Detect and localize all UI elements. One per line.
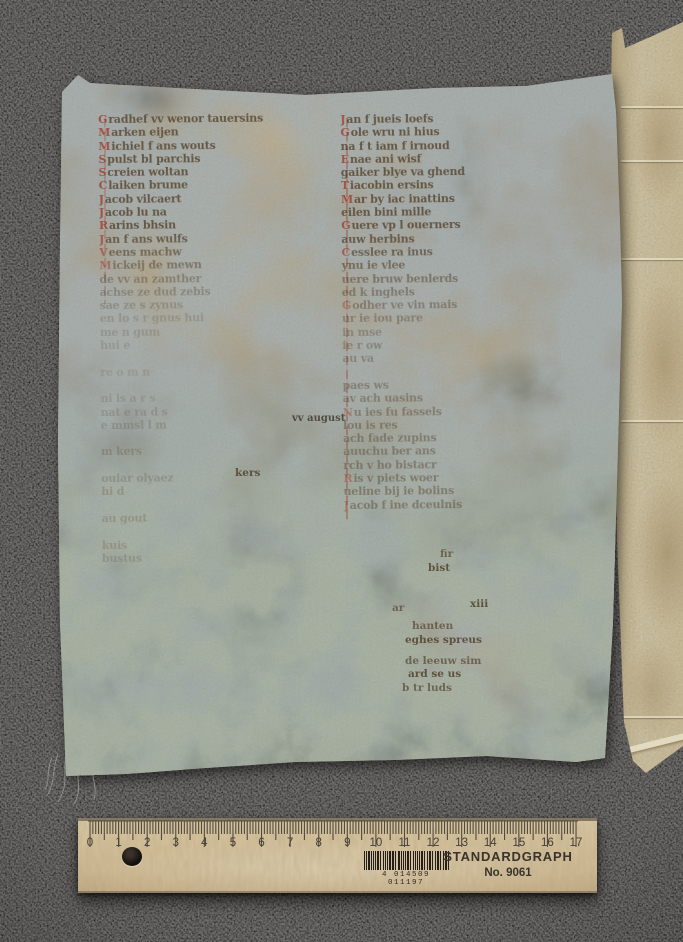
manuscript-line-text: au gout: [102, 512, 148, 525]
manuscript-line-text: acob vilcaert: [105, 192, 182, 206]
page-edge-line: [621, 258, 683, 260]
ruler-number: 4: [194, 837, 214, 849]
manuscript-line-text: ni is a r s: [100, 392, 155, 405]
manuscript-leaf-surface: Gradhef vv wenor tauersinsMarken eijenMi…: [56, 62, 624, 778]
manuscript-line-text: bustus: [102, 551, 142, 564]
ruler-number: 14: [480, 837, 500, 849]
photo-container: Gradhef vv wenor tauersinsMarken eijenMi…: [0, 0, 683, 942]
frayed-threads: [44, 752, 164, 808]
manuscript-line-text: ur ie iou pare: [342, 312, 423, 326]
manuscript-column-left: Gradhef vv wenor tauersinsMarken eijenMi…: [98, 111, 342, 565]
ruler-number: 1: [109, 837, 129, 849]
manuscript-line-text: en lo s r gnus hui: [100, 312, 204, 326]
manuscript-line-text: kuis: [102, 538, 127, 551]
manuscript-line-text: gaiker blye va ghend: [341, 165, 465, 179]
ruler-number: 3: [166, 837, 186, 849]
manuscript-line-text: is v piets woer: [353, 471, 438, 485]
ruler-model-label: No. 9061: [418, 867, 598, 879]
manuscript-leaf: Gradhef vv wenor tauersinsMarken eijenMi…: [56, 62, 624, 778]
manuscript-fragment: hanten: [412, 620, 453, 632]
manuscript-line-text: an f ans wulfs: [105, 232, 188, 246]
manuscript-fragment: vv august: [292, 413, 345, 424]
ruler-number: 15: [509, 837, 529, 849]
ruler-number: 5: [223, 837, 243, 849]
manuscript-line-text: creien woltan: [107, 165, 188, 179]
ruler-brand-label: STANDARDGRAPH: [418, 849, 598, 864]
manuscript-line-text: ed k inghels: [342, 285, 415, 299]
manuscript-line-text: achse ze dud zebis: [100, 285, 211, 299]
manuscript-line-text: eens machw: [109, 245, 182, 259]
manuscript-fragment: xiii: [470, 598, 488, 610]
manuscript-line-text: acob lu na: [105, 206, 167, 220]
manuscript-line-text: ole wru ni hius: [351, 125, 440, 139]
manuscript-red-initial: C: [99, 179, 109, 192]
manuscript-line-text: uere bruw benlerds: [342, 272, 458, 286]
manuscript-red-initial: G: [340, 126, 350, 139]
manuscript-line-text: m kers: [101, 445, 142, 458]
manuscript-red-initial: C: [341, 246, 351, 259]
ruler-number: 10: [366, 837, 386, 849]
manuscript-line-text: au va: [342, 352, 374, 365]
manuscript-fragment: b tr luds: [402, 682, 452, 694]
manuscript-red-initial: T: [341, 179, 350, 192]
manuscript-red-initial: G: [98, 113, 108, 126]
ruler-number: 6: [252, 837, 272, 849]
manuscript-line-text: sae ze s zynus: [100, 298, 183, 312]
manuscript-red-initial: S: [98, 153, 107, 166]
manuscript-line-text: odher ve vin mais: [352, 298, 457, 312]
manuscript-line-text: ueline bij ie bolins: [344, 484, 455, 498]
manuscript-line-text: laiken brume: [108, 179, 188, 193]
manuscript-line: bustus: [102, 550, 342, 565]
ruler-number: 2: [137, 837, 157, 849]
manuscript-line-text: auw herbins: [341, 232, 414, 246]
manuscript-fragment: fir: [440, 548, 453, 560]
manuscript-red-initial: R: [99, 219, 109, 232]
ruler-number: 12: [423, 837, 443, 849]
manuscript-line-text: esslee ra inus: [351, 245, 433, 259]
manuscript-line-text: ickeij de mewn: [112, 258, 201, 272]
ruler-number: 13: [452, 837, 472, 849]
ruler-hanging-hole: [122, 847, 142, 866]
manuscript-line-text: ynu ie vlee: [342, 259, 406, 273]
ruler-number: 16: [537, 837, 557, 849]
manuscript-line-text: ie r ow: [342, 339, 382, 352]
manuscript-line-text: ach fade zupins: [343, 431, 436, 445]
manuscript-line-text: av ach uasins: [343, 392, 423, 406]
manuscript-line-text: re o m n: [100, 365, 150, 378]
manuscript-line-text: u ies fu fassels: [354, 405, 442, 419]
manuscript-line-text: pulst bl parchis: [107, 152, 200, 166]
manuscript-line-text: lou is res: [343, 418, 398, 431]
manuscript-red-initial: G: [342, 299, 352, 312]
ruler-number: 8: [309, 837, 329, 849]
manuscript-line-text: eilen bini mille: [341, 205, 431, 219]
manuscript-line-text: auuchu ber ans: [343, 445, 436, 459]
ruler-number: 11: [394, 837, 414, 849]
manuscript-fragment: kers: [235, 467, 260, 479]
page-edge-line: [621, 420, 683, 422]
manuscript-line-text: in mse: [342, 325, 382, 338]
manuscript-line-text: nae ani wisf: [350, 152, 421, 166]
manuscript-line-text: ar by iac inattins: [354, 192, 455, 206]
manuscript-line-text: hi d: [101, 485, 124, 498]
manuscript-red-initial: M: [341, 193, 354, 206]
manuscript-fragment: ard se us: [408, 668, 461, 680]
manuscript-red-initial: M: [99, 259, 112, 272]
ruler-number: 7: [280, 837, 300, 849]
manuscript-fragment: eghes spreus: [405, 634, 482, 646]
manuscript-line-text: rch v ho bistacr: [343, 458, 436, 472]
page-edge-line: [621, 716, 683, 718]
manuscript-line-text: acob f ine dceulnis: [350, 498, 462, 512]
manuscript-red-initial: E: [341, 153, 350, 166]
manuscript-line-text: de vv an zamther: [99, 272, 201, 286]
manuscript-column-right: Jan f jueis loefsGole wru ni hiusna f t …: [340, 111, 583, 512]
manuscript-line-text: arins bhsin: [109, 219, 176, 233]
manuscript-fragment: ar: [392, 602, 404, 614]
manuscript-line-text: ouiar olyaez: [101, 471, 173, 485]
manuscript-red-initial: G: [341, 219, 351, 232]
manuscript-line-text: arken eijen: [111, 126, 178, 140]
manuscript-line-text: radhef vv wenor tauersins: [108, 112, 263, 126]
manuscript-line-text: me n gum: [100, 325, 160, 339]
manuscript-red-initial: M: [98, 140, 111, 153]
manuscript-line-text: e mmsl l m: [101, 418, 167, 432]
ruler-number: 0: [80, 837, 100, 849]
manuscript-line-text: paes ws: [343, 379, 389, 392]
page-edge-line: [621, 106, 683, 108]
ruler-number: 17: [566, 837, 586, 849]
manuscript-line-text: hui e: [100, 339, 130, 352]
manuscript-line-text: na f t iam f irnoud: [340, 139, 449, 153]
manuscript-line-text: ichiel f ans wouts: [111, 139, 215, 153]
manuscript-red-initial: M: [98, 126, 111, 139]
manuscript-red-initial: S: [98, 166, 107, 179]
manuscript-line-text: nat e ra d s: [101, 405, 168, 419]
page-edge-line: [621, 160, 683, 162]
ruler-number: 9: [337, 837, 357, 849]
manuscript-line-text: an f jueis loefs: [346, 112, 433, 126]
manuscript-red-initial: R: [343, 472, 353, 485]
manuscript-fragment: bist: [428, 562, 450, 574]
manuscript-line-text: uere vp l ouerners: [351, 218, 460, 232]
manuscript-line-text: iacobin ersins: [350, 179, 434, 193]
manuscript-fragment: de leeuw sim: [405, 655, 481, 667]
manuscript-line: Jacob f ine dceulnis: [344, 497, 584, 512]
ruler: 01234567891011121314151617 4 014509 0111…: [78, 818, 597, 893]
